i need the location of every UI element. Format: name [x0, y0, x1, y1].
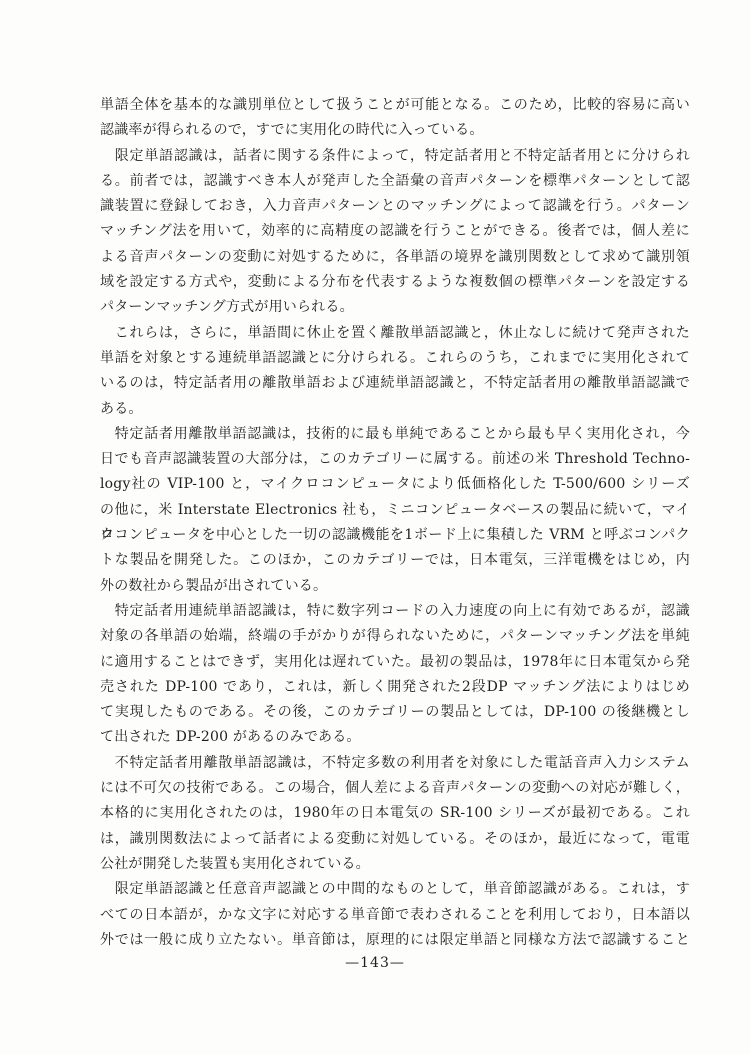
page-number: —143— — [0, 955, 750, 971]
text-line: の他に，米 Interstate Electronics 社も，ミニコンピュータ… — [100, 498, 690, 523]
document-page: 単語全体を基本的な識別単位として扱うことが可能となる。このため，比較的容易に高い… — [0, 0, 750, 1054]
text-line: には不可欠の技術である。この場合，個人差による音声パターンの変動への対応が難しく… — [100, 776, 690, 801]
text-line: 不特定話者用離散単語認識は，不特定多数の利用者を対象にした電話音声入力システム — [100, 751, 690, 776]
text-line: 単語全体を基本的な識別単位として扱うことが可能となる。このため，比較的容易に高い — [100, 93, 690, 118]
text-line: 限定単語認識は，話者に関する条件によって，特定話者用と不特定話者用とに分けられ — [100, 144, 690, 169]
text-line: 日でも音声認識装置の大部分は，このカテゴリーに属する。前述の米 Threshol… — [100, 447, 690, 472]
text-line: 売された DP-100 であり，これは，新しく開発された2段DP マッチング法に… — [100, 675, 690, 700]
text-line: 公社が開発した装置も実用化されている。 — [100, 852, 690, 877]
text-line: て出された DP-200 があるのみである。 — [100, 725, 690, 750]
text-line: 認識率が得られるので，すでに実用化の時代に入っている。 — [100, 118, 690, 143]
text-line: 特定話者用離散単語認識は，技術的に最も単純であることから最も早く実用化され，今 — [100, 422, 690, 447]
text-line: マッチング法を用いて，効率的に高精度の認識を行うことができる。後者では，個人差に — [100, 219, 690, 244]
text-line: logy社の VIP-100 と，マイクロコンピュータにより低価格化した T-5… — [100, 472, 690, 497]
text-line: 識装置に登録しておき，入力音声パターンとのマッチングによって認識を行う。パターン — [100, 194, 690, 219]
text-line: 域を設定する方式や，変動による分布を代表するような複数個の標準パターンを設定する — [100, 270, 690, 295]
text-line: ある。 — [100, 397, 690, 422]
text-block: 単語全体を基本的な識別単位として扱うことが可能となる。このため，比較的容易に高い… — [100, 93, 690, 953]
text-line: トな製品を開発した。このほか，このカテゴリーでは，日本電気，三洋電機をはじめ，内 — [100, 548, 690, 573]
text-line: ロコンピュータを中心とした一切の認識機能を1ボード上に集積した VRM と呼ぶコ… — [100, 523, 690, 548]
text-line: いるのは，特定話者用の離散単語および連続単語認識と，不特定話者用の離散単語認識で — [100, 371, 690, 396]
text-line: よる音声パターンの変動に対処するために，各単語の境界を識別関数として求めて識別領 — [100, 245, 690, 270]
text-line: 対象の各単語の始端，終端の手がかりが得られないために，パターンマッチング法を単純 — [100, 624, 690, 649]
text-line: 特定話者用連続単語認識は，特に数字列コードの入力速度の向上に有効であるが，認識 — [100, 599, 690, 624]
text-line: る。前者では，認識すべき本人が発声した全語彙の音声パターンを標準パターンとして認 — [100, 169, 690, 194]
text-line: 単語を対象とする連続単語認識とに分けられる。これらのうち，これまでに実用化されて — [100, 346, 690, 371]
text-line: に適用することはできず，実用化は遅れていた。最初の製品は，1978年に日本電気か… — [100, 650, 690, 675]
text-line: 本格的に実用化されたのは，1980年の日本電気の SR-100 シリーズが最初で… — [100, 801, 690, 826]
text-line: て実現したものである。その後，このカテゴリーの製品としては，DP-100 の後継… — [100, 700, 690, 725]
text-line: 限定単語認識と任意音声認識との中間的なものとして，単音節認識がある。これは，す — [100, 877, 690, 902]
text-line: べての日本語が，かな文字に対応する単音節で表わされることを利用しており，日本語以 — [100, 903, 690, 928]
text-line: 外では一般に成り立たない。単音節は，原理的には限定単語と同様な方法で認識すること — [100, 928, 690, 953]
text-line: 外の数社から製品が出されている。 — [100, 574, 690, 599]
text-line: パターンマッチング方式が用いられる。 — [100, 295, 690, 320]
text-line: は，識別関数法によって話者による変動に対処している。そのほか，最近になって，電電 — [100, 827, 690, 852]
text-line: これらは，さらに，単語間に休止を置く離散単語認識と，休止なしに続けて発声された — [100, 321, 690, 346]
